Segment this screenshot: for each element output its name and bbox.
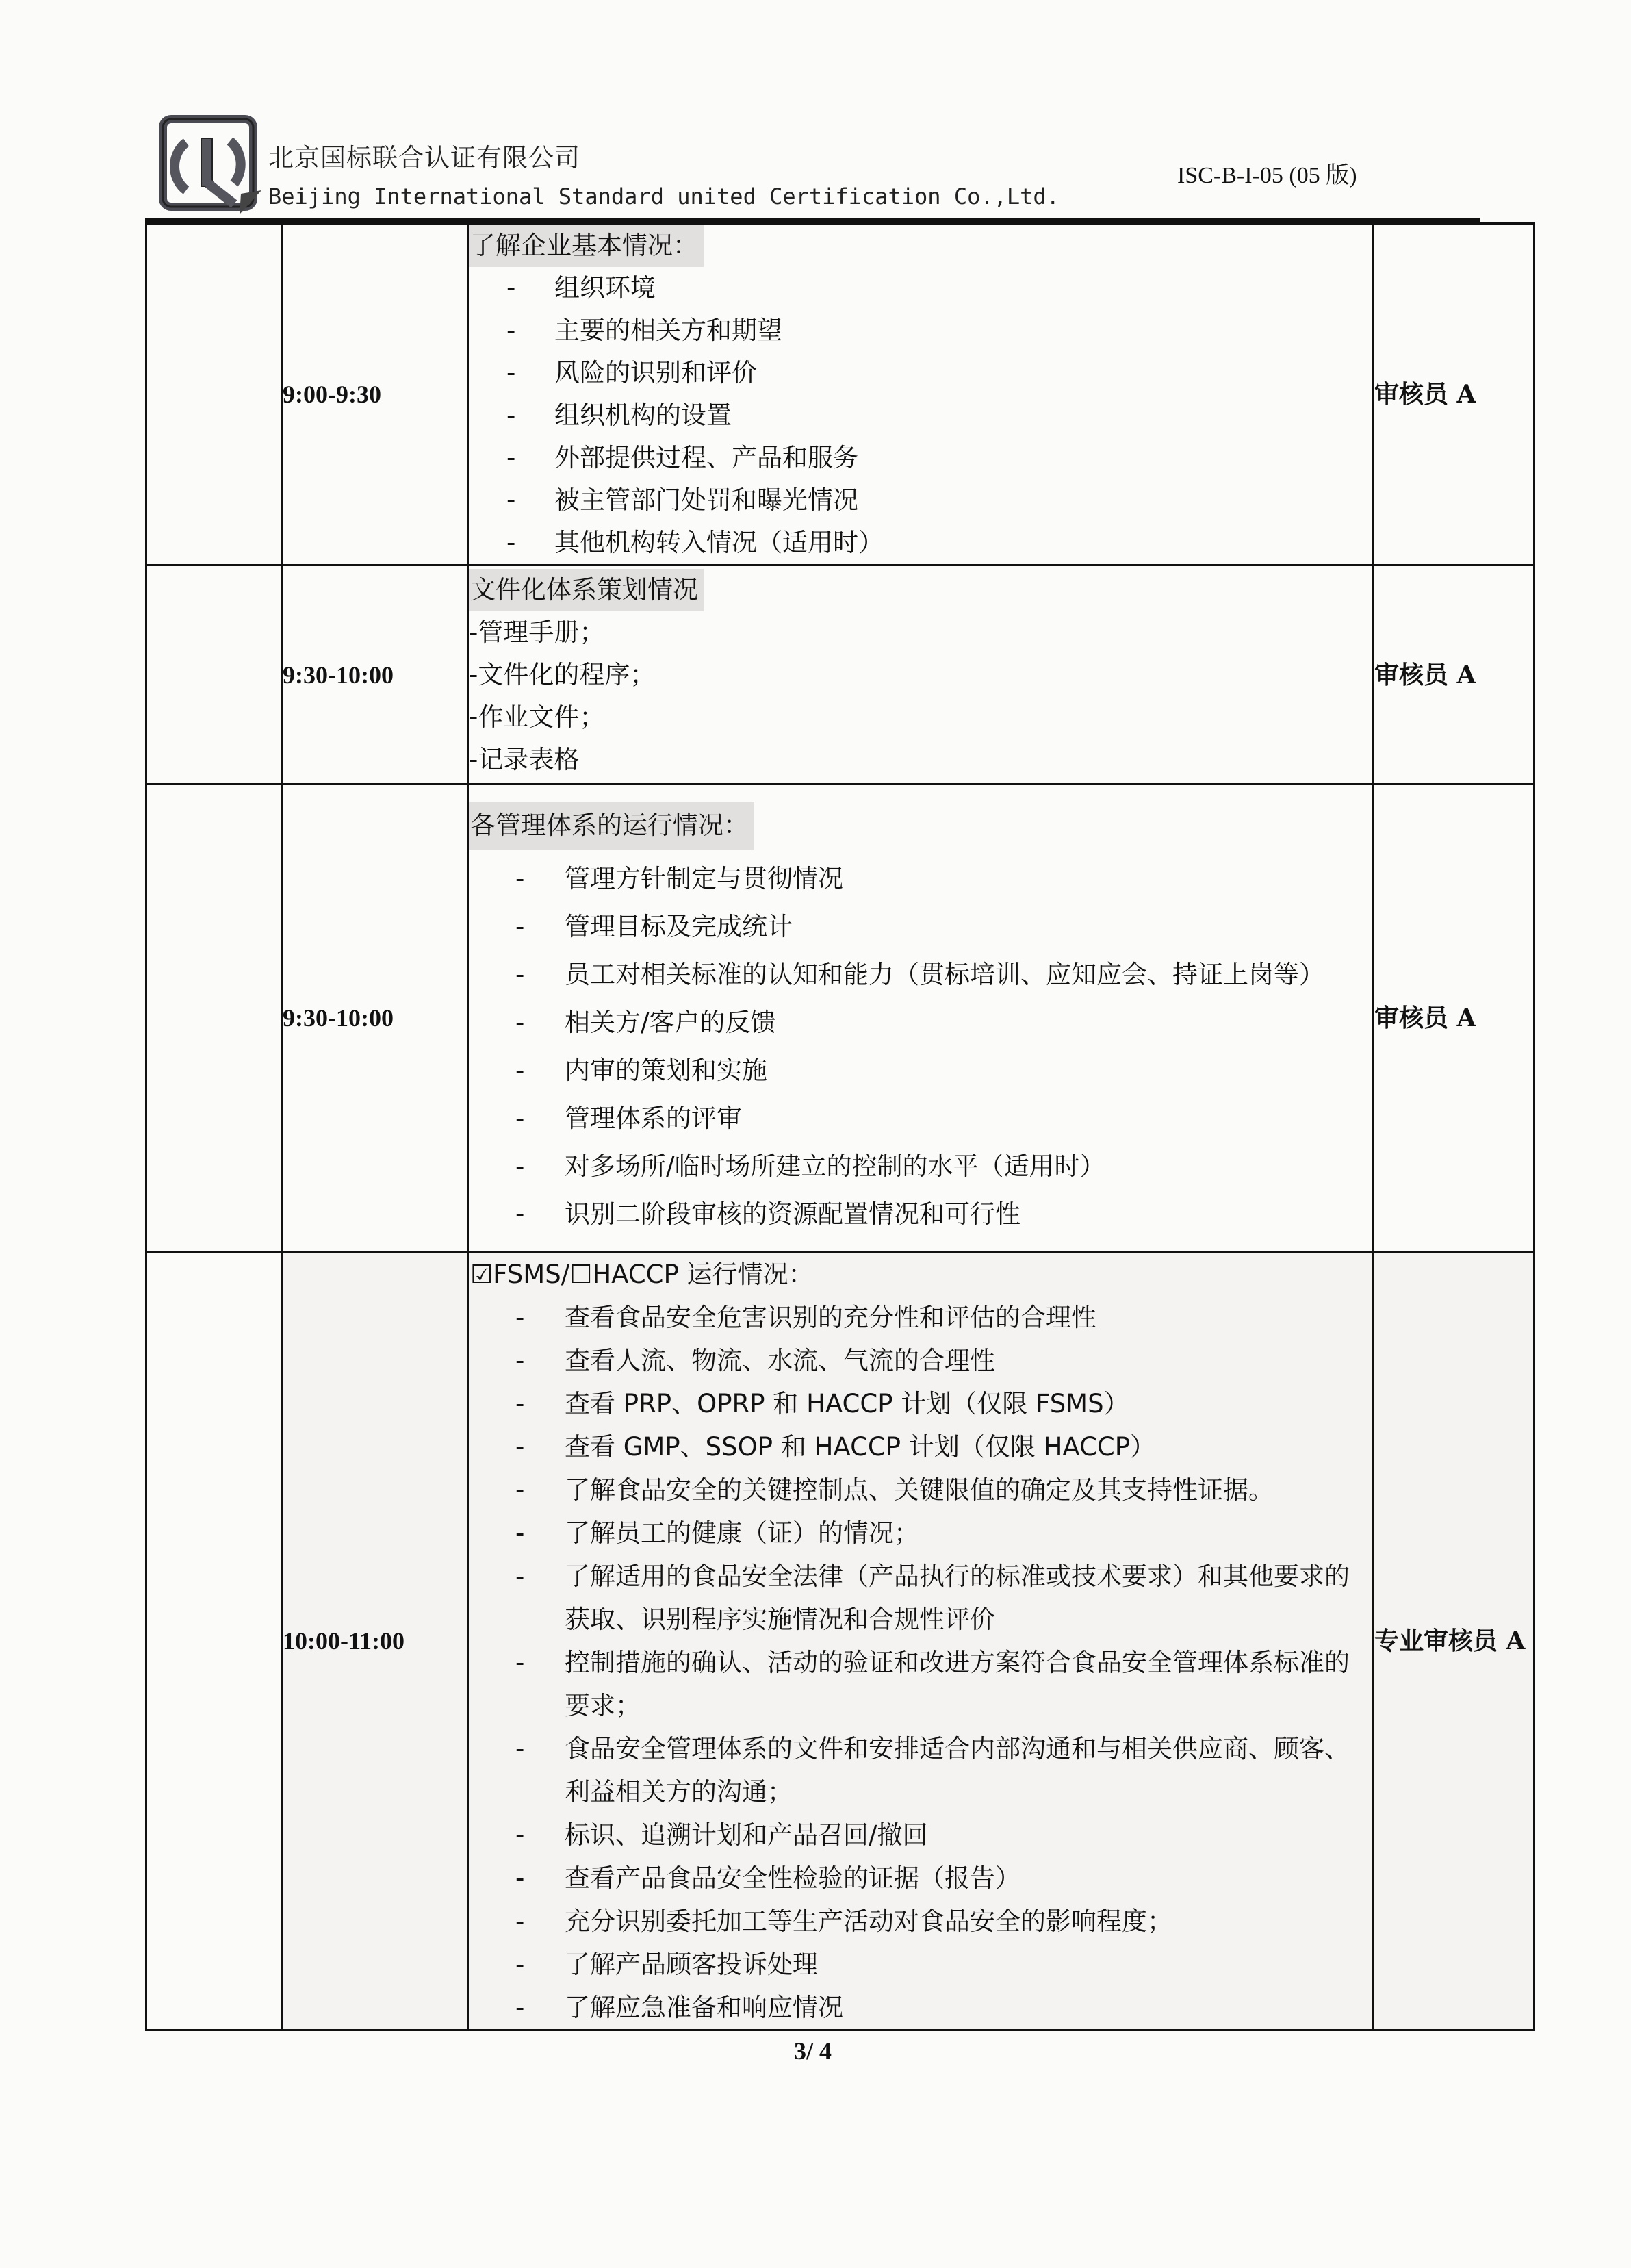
dash-bullet-icon: - (515, 1296, 524, 1339)
list-item: -了解适用的食品安全法律（产品执行的标准或技术要求）和其他要求的获取、识别程序实… (469, 1555, 1372, 1641)
date-cell (146, 565, 282, 785)
dash-bullet-icon: - (515, 1813, 524, 1857)
list-item: -查看人流、物流、水流、气流的合理性 (469, 1339, 1372, 1382)
dash-bullet-icon: - (515, 855, 524, 903)
list-item: -主要的相关方和期望 (469, 309, 1372, 352)
dash-bullet-icon: - (506, 437, 515, 479)
list-item: -管理方针制定与贯彻情况 (469, 855, 1372, 903)
company-name-en: Beijing International Standard united Ce… (268, 183, 1059, 209)
dash-bullet-icon: - (515, 1727, 524, 1770)
list-item: -管理手册； (469, 611, 1372, 654)
list-item: -查看产品食品安全性检验的证据（报告） (469, 1857, 1372, 1900)
auditor-cell: 审核员 A (1374, 224, 1534, 565)
list-item: -了解产品顾客投诉处理 (469, 1943, 1372, 1986)
list-item: -作业文件； (469, 696, 1372, 739)
auditor-cell: 专业审核员 A (1374, 1252, 1534, 2030)
dash-bullet-icon: - (515, 1468, 524, 1512)
dash-bullet-icon: - (506, 522, 515, 564)
auditor-cell: 审核员 A (1374, 565, 1534, 785)
dash-bullet-icon: - (515, 1943, 524, 1986)
list-item: -其他机构转入情况（适用时） (469, 522, 1372, 564)
dash-bullet-icon: - (506, 267, 515, 309)
company-name-cn: 北京国标联合认证有限公司 (268, 137, 580, 174)
activity-cell: ☑FSMS/☐HACCP 运行情况： -查看食品安全危害识别的充分性和评估的合理… (468, 1252, 1374, 2030)
list-item: -内审的策划和实施 (469, 1047, 1372, 1095)
activity-cell: 各管理体系的运行情况： -管理方针制定与贯彻情况 -管理目标及完成统计 -员工对… (468, 785, 1374, 1252)
dash-bullet-icon: - (515, 1095, 524, 1143)
list-item: -记录表格 (469, 739, 1372, 781)
auditor-cell: 审核员 A (1374, 785, 1534, 1252)
list-item: -查看 PRP、OPRP 和 HACCP 计划（仅限 FSMS） (469, 1382, 1372, 1425)
list-item: -对多场所/临时场所建立的控制的水平（适用时） (469, 1143, 1372, 1190)
list-item: -被主管部门处罚和曝光情况 (469, 479, 1372, 522)
dash-bullet-icon: - (506, 352, 515, 394)
list-item: -组织环境 (469, 267, 1372, 309)
schedule-row: 9:30-10:00 文件化体系策划情况 -管理手册； -文件化的程序； -作业… (146, 565, 1534, 785)
list-item: -食品安全管理体系的文件和安排适合内部沟通和与相关供应商、顾客、利益相关方的沟通… (469, 1727, 1372, 1813)
dash-bullet-icon: - (515, 1382, 524, 1425)
list-item: -员工对相关标准的认知和能力（贯标培训、应知应会、持证上岗等） (469, 951, 1372, 999)
list-item: -查看 GMP、SSOP 和 HACCP 计划（仅限 HACCP） (469, 1425, 1372, 1468)
activity-cell: 文件化体系策划情况 -管理手册； -文件化的程序； -作业文件； -记录表格 (468, 565, 1374, 785)
dash-bullet-icon: - (515, 1512, 524, 1555)
date-cell (146, 224, 282, 565)
list-item: -标识、追溯计划和产品召回/撤回 (469, 1813, 1372, 1857)
dash-bullet-icon: - (515, 1555, 524, 1598)
schedule-row: 9:00-9:30 了解企业基本情况： -组织环境 -主要的相关方和期望 -风险… (146, 224, 1534, 565)
dash-bullet-icon: - (515, 1143, 524, 1190)
dash-bullet-icon: - (515, 1425, 524, 1468)
list-item: -了解员工的健康（证）的情况； (469, 1512, 1372, 1555)
dash-bullet-icon: - (506, 394, 515, 437)
dash-bullet-icon: - (515, 1900, 524, 1943)
dash-bullet-icon: - (515, 1857, 524, 1900)
dash-bullet-icon: - (515, 1986, 524, 2029)
list-item: -了解食品安全的关键控制点、关键限值的确定及其支持性证据。 (469, 1468, 1372, 1512)
dash-bullet-icon: - (515, 1190, 524, 1238)
dash-bullet-icon: - (515, 1047, 524, 1095)
list-item: -识别二阶段审核的资源配置情况和可行性 (469, 1190, 1372, 1238)
activity-list: -组织环境 -主要的相关方和期望 -风险的识别和评价 -组织机构的设置 -外部提… (469, 267, 1372, 564)
list-item: -外部提供过程、产品和服务 (469, 437, 1372, 479)
header-divider (145, 218, 1480, 222)
company-logo-icon (159, 115, 261, 214)
page-number: 3/ 4 (794, 2037, 832, 2065)
date-cell (146, 1252, 282, 2030)
list-item: -查看食品安全危害识别的充分性和评估的合理性 (469, 1296, 1372, 1339)
dash-bullet-icon: - (515, 1339, 524, 1382)
dash-bullet-icon: - (515, 903, 524, 951)
dash-bullet-icon: - (515, 951, 524, 999)
activity-list: -管理方针制定与贯彻情况 -管理目标及完成统计 -员工对相关标准的认知和能力（贯… (469, 855, 1372, 1238)
schedule-row: 9:30-10:00 各管理体系的运行情况： -管理方针制定与贯彻情况 -管理目… (146, 785, 1534, 1252)
dash-bullet-icon: - (515, 1641, 524, 1684)
time-cell: 9:30-10:00 (282, 785, 468, 1252)
document-code: ISC-B-I-05 (05 版) (1177, 156, 1357, 190)
date-cell (146, 785, 282, 1252)
activity-list: -查看食品安全危害识别的充分性和评估的合理性 -查看人流、物流、水流、气流的合理… (469, 1296, 1372, 2029)
activity-heading-fsms-haccp-checkboxes: ☑FSMS/☐HACCP 运行情况： (469, 1253, 819, 1296)
time-cell: 9:30-10:00 (282, 565, 468, 785)
activity-heading: 文件化体系策划情况 (469, 569, 704, 611)
audit-schedule-table: 9:00-9:30 了解企业基本情况： -组织环境 -主要的相关方和期望 -风险… (145, 222, 1535, 2031)
list-item: -控制措施的确认、活动的验证和改进方案符合食品安全管理体系标准的要求； (469, 1641, 1372, 1727)
time-cell: 9:00-9:30 (282, 224, 468, 565)
dash-bullet-icon: - (515, 999, 524, 1047)
list-item: -了解应急准备和响应情况 (469, 1986, 1372, 2029)
dash-bullet-icon: - (506, 309, 515, 352)
list-item: -组织机构的设置 (469, 394, 1372, 437)
list-item: -管理目标及完成统计 (469, 903, 1372, 951)
list-item: -充分识别委托加工等生产活动对食品安全的影响程度； (469, 1900, 1372, 1943)
dash-bullet-icon: - (506, 479, 515, 522)
activity-heading: 了解企业基本情况： (469, 225, 704, 267)
document-header: 北京国标联合认证有限公司 Beijing International Stand… (0, 0, 1631, 226)
time-cell: 10:00-11:00 (282, 1252, 468, 2030)
list-item: -风险的识别和评价 (469, 352, 1372, 394)
list-item: -管理体系的评审 (469, 1095, 1372, 1143)
activity-heading: 各管理体系的运行情况： (469, 802, 754, 850)
activity-cell: 了解企业基本情况： -组织环境 -主要的相关方和期望 -风险的识别和评价 -组织… (468, 224, 1374, 565)
list-item: -相关方/客户的反馈 (469, 999, 1372, 1047)
schedule-row: 10:00-11:00 ☑FSMS/☐HACCP 运行情况： -查看食品安全危害… (146, 1252, 1534, 2030)
list-item: -文件化的程序； (469, 654, 1372, 696)
